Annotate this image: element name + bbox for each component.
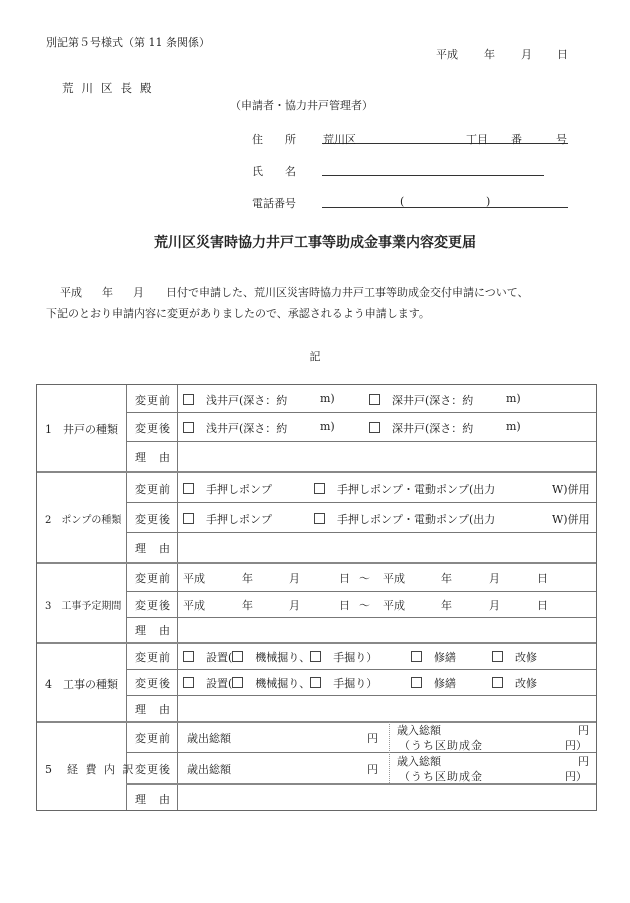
s3-before-month1: 月: [289, 570, 300, 586]
ki-heading: 記: [0, 348, 630, 364]
s4-before-repair[interactable]: 修繕: [411, 649, 456, 665]
s3-reason-field[interactable]: [179, 618, 594, 641]
date-era: 平成: [436, 46, 458, 62]
address-ban: 番: [511, 131, 522, 147]
checkbox-icon[interactable]: [183, 394, 194, 405]
s5-reason-field[interactable]: [179, 785, 594, 809]
row-divider: [126, 412, 596, 413]
s2-before-opt1[interactable]: 手押しポンプ: [183, 481, 272, 497]
section-divider: [37, 471, 596, 473]
s3-before-day2: 日: [537, 570, 548, 586]
s1-before-unit2: m): [506, 392, 521, 405]
row-label-reason: 理 由: [135, 540, 171, 556]
s2-reason-field[interactable]: [179, 533, 594, 561]
row-label-after: 変更後: [135, 675, 171, 691]
col-divider: [126, 385, 127, 810]
section-2-label: 2 ポンプの種類: [45, 511, 121, 526]
s4-after-types: 設置( 機械掘り、 手掘り）: [183, 675, 377, 691]
s3-after-month2: 月: [489, 597, 500, 613]
dotted-divider: [389, 722, 390, 783]
s1-after-opt2[interactable]: 深井戸(深さ：約: [369, 420, 473, 436]
s3-before-year2: 年: [441, 570, 452, 586]
s1-after-unit2: m): [506, 420, 521, 433]
s1-after-opt1[interactable]: 浅井戸(深さ：約: [183, 420, 287, 436]
section-5-label: 5 経 費 内 訳: [45, 761, 136, 777]
s3-before-tilde: ～: [359, 570, 370, 586]
checkbox-icon[interactable]: [310, 677, 321, 688]
col-divider: [177, 385, 178, 810]
s4-reason-field[interactable]: [179, 696, 594, 720]
s3-after-month1: 月: [289, 597, 300, 613]
document-title: 荒川区災害時協力井戸工事等助成金事業内容変更届: [0, 232, 630, 252]
s1-reason-field[interactable]: [179, 442, 594, 470]
row-label-after: 変更後: [135, 761, 171, 777]
address-chome: 丁目: [466, 131, 488, 147]
s3-after-year1: 年: [242, 597, 253, 613]
s3-before-era2: 平成: [383, 570, 405, 586]
row-divider: [126, 669, 596, 670]
s3-after-era1: 平成: [183, 597, 205, 613]
address-label: 住 所: [252, 131, 296, 147]
row-label-before: 変更前: [135, 649, 171, 665]
section-4-label: 4 工事の種類: [45, 676, 118, 692]
s2-after-opt2[interactable]: 手押しポンプ・電動ポンプ(出力: [314, 511, 495, 527]
row-label-after: 変更後: [135, 420, 171, 436]
s3-before-day1: 日: [339, 570, 350, 586]
row-label-reason: 理 由: [135, 701, 171, 717]
address-prefix: 荒川区: [323, 131, 356, 147]
row-label-reason: 理 由: [135, 622, 171, 638]
checkbox-icon[interactable]: [183, 651, 194, 662]
checkbox-icon[interactable]: [183, 677, 194, 688]
s4-after-renovate[interactable]: 改修: [492, 675, 537, 691]
checkbox-icon[interactable]: [310, 651, 321, 662]
s2-before-opt2[interactable]: 手押しポンプ・電動ポンプ(出力: [314, 481, 495, 497]
section-divider: [37, 642, 596, 644]
row-label-before: 変更前: [135, 730, 171, 746]
s5-after-yen3: 円）: [565, 768, 587, 784]
section-divider: [37, 562, 596, 564]
checkbox-icon[interactable]: [232, 677, 243, 688]
row-label-after: 変更後: [135, 597, 171, 613]
body-line2: 下記のとおり申請内容に変更がありましたので、承認されるよう申請します。: [46, 305, 430, 321]
s3-before-month2: 月: [489, 570, 500, 586]
date-day: 日: [557, 46, 568, 62]
phone-label: 電話番号: [252, 195, 296, 211]
checkbox-icon[interactable]: [314, 483, 325, 494]
s2-after-opt1[interactable]: 手押しポンプ: [183, 511, 272, 527]
s1-after-unit1: m): [320, 420, 335, 433]
checkbox-icon[interactable]: [314, 513, 325, 524]
s4-after-repair[interactable]: 修繕: [411, 675, 456, 691]
checkbox-icon[interactable]: [232, 651, 243, 662]
checkbox-icon[interactable]: [369, 394, 380, 405]
body-month: 月: [133, 284, 144, 300]
name-label: 氏 名: [252, 163, 296, 179]
s4-before-types: 設置( 機械掘り、 手掘り）: [183, 649, 377, 665]
checkbox-icon[interactable]: [492, 651, 503, 662]
row-label-before: 変更前: [135, 481, 171, 497]
address-go: 号: [556, 131, 567, 147]
date-year: 年: [484, 46, 495, 62]
row-label-before: 変更前: [135, 392, 171, 408]
s5-before-expense: 歳出総額: [187, 730, 231, 746]
body-era: 平成: [60, 284, 82, 300]
s5-after-expense: 歳出総額: [187, 761, 231, 777]
row-label-after: 変更後: [135, 511, 171, 527]
checkbox-icon[interactable]: [183, 513, 194, 524]
s5-after-subsidy: （うち区助成金: [399, 768, 483, 784]
s3-before-year1: 年: [242, 570, 253, 586]
s3-after-day1: 日: [339, 597, 350, 613]
checkbox-icon[interactable]: [183, 422, 194, 433]
s5-before-yen2: 円: [578, 722, 589, 738]
address-field[interactable]: [322, 143, 568, 144]
row-divider: [126, 502, 596, 503]
row-label-reason: 理 由: [135, 449, 171, 465]
checkbox-icon[interactable]: [411, 677, 422, 688]
s2-before-unit2: W)併用: [552, 481, 590, 497]
phone-close-paren: ): [486, 195, 490, 208]
row-divider: [126, 591, 596, 592]
checkbox-icon[interactable]: [492, 677, 503, 688]
s5-before-subsidy: （うち区助成金: [399, 737, 483, 753]
s1-before-opt2[interactable]: 深井戸(深さ：約: [369, 392, 473, 408]
row-divider: [126, 752, 596, 753]
checkbox-icon[interactable]: [411, 651, 422, 662]
s3-after-era2: 平成: [383, 597, 405, 613]
s5-after-yen2: 円: [578, 753, 589, 769]
s5-before-yen3: 円）: [565, 737, 587, 753]
s3-after-year2: 年: [441, 597, 452, 613]
phone-field[interactable]: [322, 207, 568, 208]
checkbox-icon[interactable]: [369, 422, 380, 433]
row-label-before: 変更前: [135, 570, 171, 586]
body-line1: 日付で申請した、荒川区災害時協力井戸工事等助成金交付申請について、: [166, 284, 529, 300]
form-number: 別記第５号様式（第 11 条関係）: [46, 34, 210, 50]
s3-after-day2: 日: [537, 597, 548, 613]
phone-open-paren: (: [400, 195, 404, 208]
s1-before-opt1[interactable]: 浅井戸(深さ：約: [183, 392, 287, 408]
applicant-heading: （申請者・協力井戸管理者）: [230, 97, 373, 113]
s3-after-tilde: ～: [359, 597, 370, 613]
s5-after-income: 歳入総額: [397, 753, 441, 769]
s2-after-unit2: W)併用: [552, 511, 590, 527]
section-3-label: 3 工事予定期間: [45, 597, 121, 612]
row-label-reason: 理 由: [135, 791, 171, 807]
body-year: 年: [102, 284, 113, 300]
date-month: 月: [521, 46, 532, 62]
s5-before-income: 歳入総額: [397, 722, 441, 738]
s5-after-yen: 円: [367, 761, 378, 777]
section-1-label: 1 井戸の種類: [45, 421, 118, 437]
s3-before-era1: 平成: [183, 570, 205, 586]
name-field[interactable]: [322, 175, 544, 176]
section-divider: [37, 721, 596, 723]
addressee: 荒川区長殿: [62, 80, 160, 96]
checkbox-icon[interactable]: [183, 483, 194, 494]
s4-before-renovate[interactable]: 改修: [492, 649, 537, 665]
change-table: 1 井戸の種類 変更前 変更後 理 由 浅井戸(深さ：約 m) 深井戸(深さ：約…: [36, 384, 597, 811]
s1-before-unit1: m): [320, 392, 335, 405]
s5-before-yen: 円: [367, 730, 378, 746]
